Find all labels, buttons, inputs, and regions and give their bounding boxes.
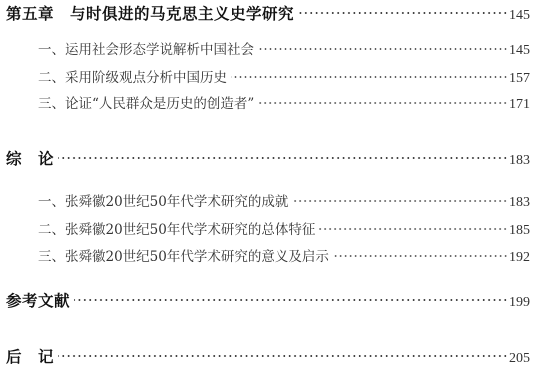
entry-title: 二、采用阶级观点分析中国历史 <box>38 66 227 86</box>
page-number: 183 <box>509 195 530 211</box>
entry-title: 第五章 与时俱进的马克思主义史学研究 <box>0 2 294 24</box>
dot-leader <box>292 194 508 208</box>
page-number: 171 <box>509 97 530 113</box>
toc-entry-5-2[interactable]: 二、采用阶级观点分析中国历史 157 <box>38 66 530 87</box>
page-number: 145 <box>509 43 530 59</box>
entry-title: 参考文献 <box>0 289 70 311</box>
dot-leader <box>319 222 508 236</box>
dot-leader <box>58 150 508 166</box>
toc-entry-conclusion[interactable]: 综 论 183 <box>0 147 530 169</box>
toc-entry-5-1[interactable]: 一、运用社会形态学说解析中国社会 145 <box>38 38 530 59</box>
entry-title: 一、运用社会形态学说解析中国社会 <box>38 38 254 58</box>
dot-leader <box>258 96 508 110</box>
dot-leader <box>74 292 508 308</box>
dot-leader <box>231 70 508 84</box>
toc-entry-afterword[interactable]: 后 记 205 <box>0 345 530 367</box>
toc-entry-conclusion-1[interactable]: 一、张舜徽20世纪50年代学术研究的成就 183 <box>38 190 530 211</box>
toc-entry-5-3[interactable]: 三、论证“人民群众是历史的创造者” 171 <box>38 92 530 113</box>
page-number: 185 <box>509 223 530 239</box>
dot-leader <box>333 249 508 263</box>
page-number: 199 <box>509 295 530 311</box>
toc-entry-references[interactable]: 参考文献 199 <box>0 289 530 311</box>
dot-leader <box>58 348 508 364</box>
toc-entry-conclusion-3[interactable]: 三、张舜徽20世纪50年代学术研究的意义及启示 192 <box>38 245 530 266</box>
entry-title: 后 记 <box>0 345 54 367</box>
table-of-contents: 第五章 与时俱进的马克思主义史学研究 145 一、运用社会形态学说解析中国社会 … <box>0 0 540 369</box>
page-number: 145 <box>509 8 530 24</box>
toc-entry-conclusion-2[interactable]: 二、张舜徽20世纪50年代学术研究的总体特征 185 <box>38 218 530 239</box>
page-number: 157 <box>509 71 530 87</box>
entry-title: 二、张舜徽20世纪50年代学术研究的总体特征 <box>38 218 315 238</box>
entry-title: 综 论 <box>0 147 54 169</box>
dot-leader <box>298 5 508 21</box>
page-number: 192 <box>509 250 530 266</box>
dot-leader <box>258 42 508 56</box>
toc-entry-chapter-5[interactable]: 第五章 与时俱进的马克思主义史学研究 145 <box>0 2 530 24</box>
entry-title: 三、论证“人民群众是历史的创造者” <box>38 92 254 112</box>
entry-title: 一、张舜徽20世纪50年代学术研究的成就 <box>38 190 288 210</box>
page-number: 205 <box>509 351 530 367</box>
page-number: 183 <box>509 153 530 169</box>
entry-title: 三、张舜徽20世纪50年代学术研究的意义及启示 <box>38 245 329 265</box>
